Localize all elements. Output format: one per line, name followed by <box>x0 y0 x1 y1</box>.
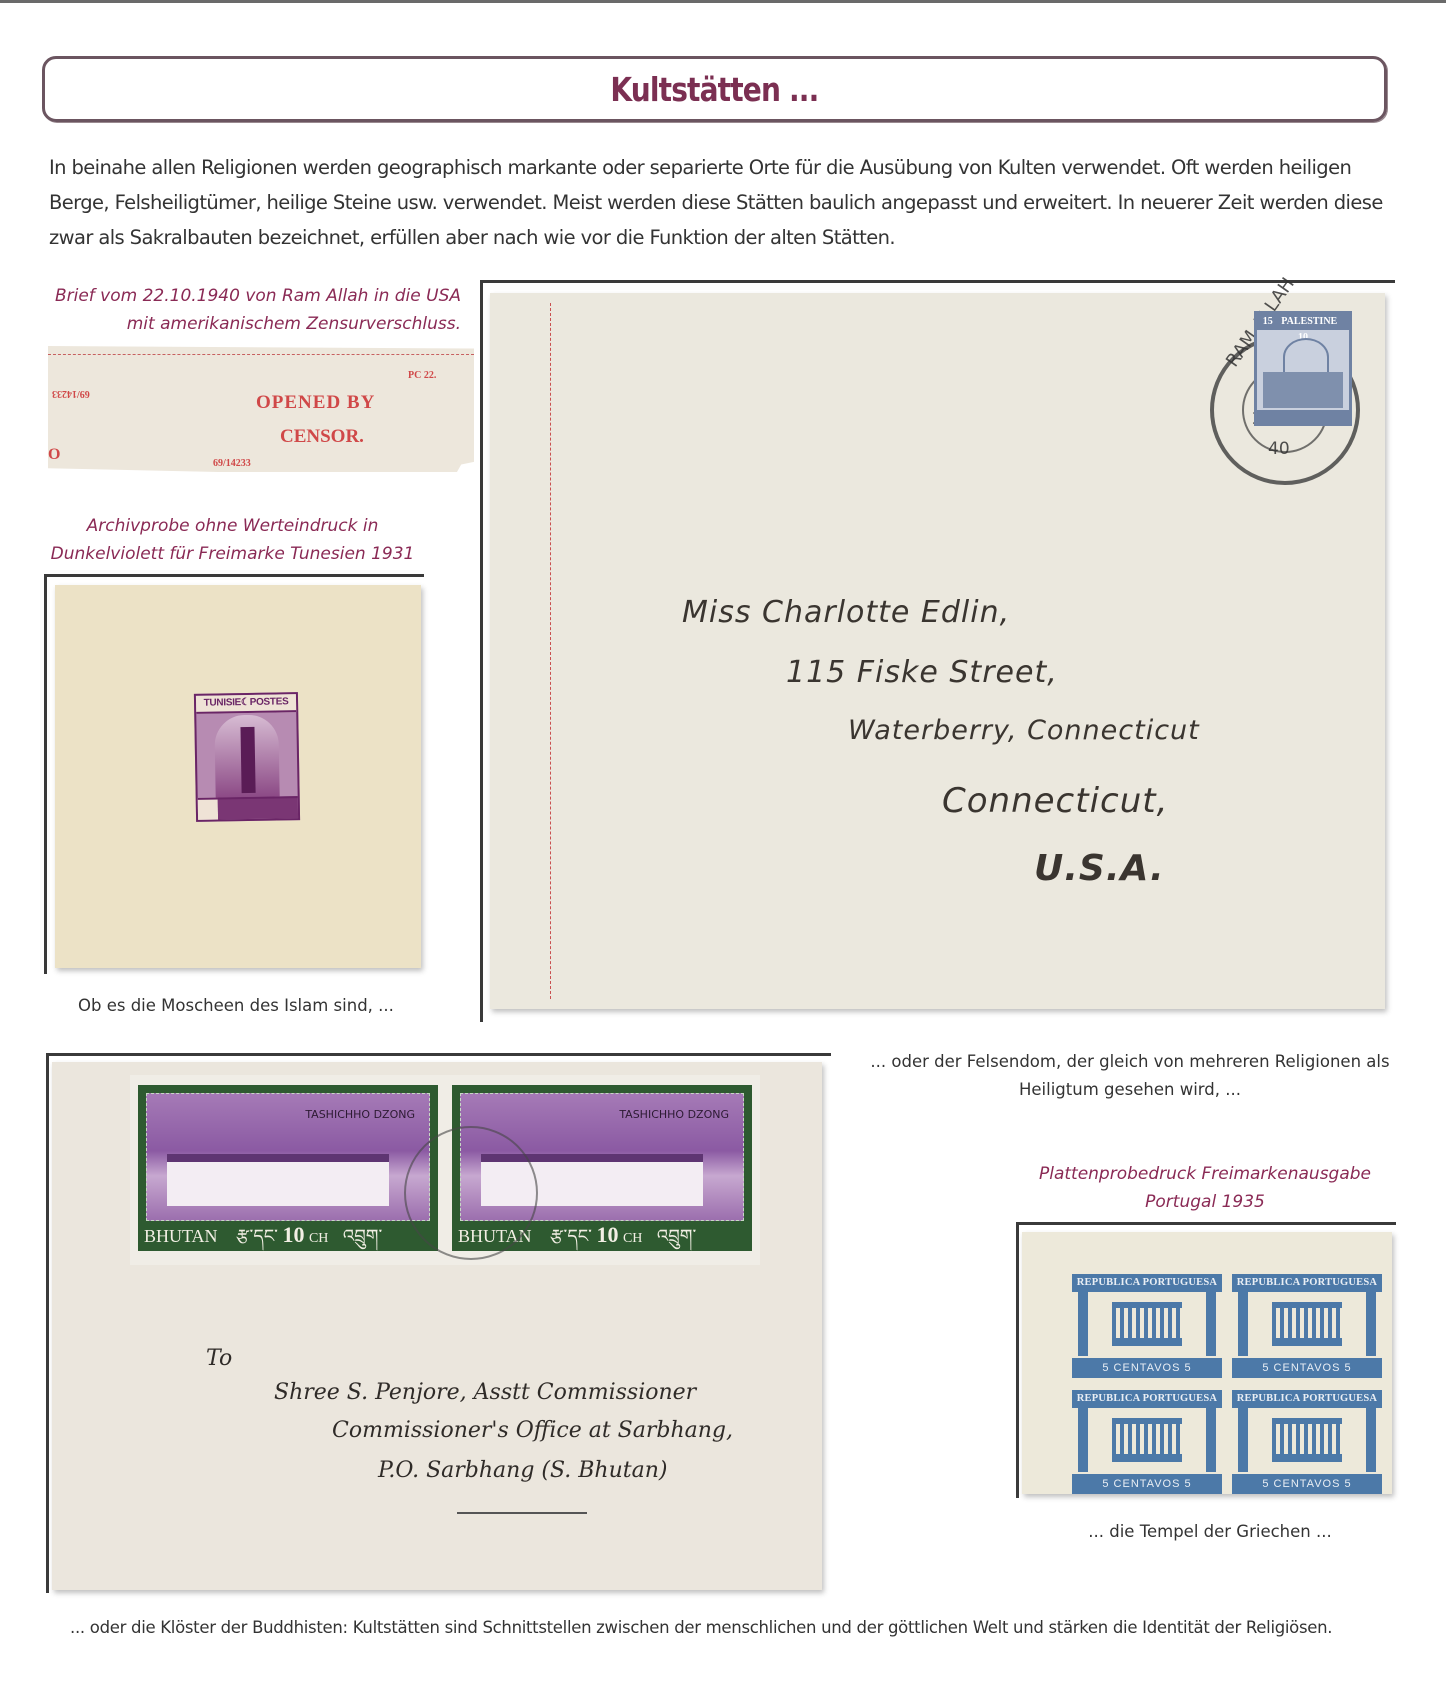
tunisia-archive-proof: TUNISIE☾POSTES <box>55 585 421 968</box>
temple-icon <box>1112 1302 1182 1346</box>
tunisia-caption-line1: Archivprobe ohne Werteindruck in <box>40 512 425 540</box>
column-icon <box>1078 1408 1088 1472</box>
temple-icon <box>1272 1418 1342 1462</box>
stamp-value: 10 <box>596 1222 618 1247</box>
stamp-script-left: རྩ་དང་ <box>550 1226 592 1246</box>
portugal-caption: Plattenprobedruck Freimarkenausgabe Port… <box>1000 1160 1410 1216</box>
stamp-script-right: འབྲུག་ <box>343 1226 382 1246</box>
stamp-script-left: རྩ་དང་ <box>236 1226 278 1246</box>
blank-value-tablet <box>198 797 220 819</box>
dzong-icon <box>167 1154 389 1206</box>
palestine-cover: RAM ALLAH 2 40 15 PALESTINE 10 Miss Char… <box>490 293 1385 1009</box>
page-title: Kultstätten ... <box>610 70 818 109</box>
stamp-unit: CH <box>623 1231 642 1246</box>
stamp-footer: 5 CENTAVOS 5 <box>1072 1474 1222 1494</box>
tunisia-caption: Archivprobe ohne Werteindruck in Dunkelv… <box>40 512 425 568</box>
column-icon <box>1366 1408 1376 1472</box>
palestine-caption-line1: Brief vom 22.10.1940 von Ram Allah in di… <box>21 282 461 310</box>
column-icon <box>1206 1408 1216 1472</box>
stamp-header: REPUBLICA PORTUGUESA <box>1232 1274 1382 1292</box>
bhutan-address-line-1: Shree S. Penjore, Asstt Commissioner <box>274 1380 696 1405</box>
stamp-name: TASHICHHO DZONG <box>619 1108 729 1121</box>
stamp-footer: 5 CENTAVOS 5 <box>1232 1474 1382 1494</box>
censor-serial: 69/14233 <box>213 458 251 469</box>
portugal-stamp-3: REPUBLICA PORTUGUESA 5 CENTAVOS 5 <box>1072 1390 1222 1494</box>
bhutan-stamp-1: TASHICHHO DZONG BHUTAN རྩ་དང་ 10 CH འབྲུ… <box>138 1085 438 1251</box>
column-icon <box>1078 1292 1088 1356</box>
stamp-footer: 5 CENTAVOS 5 <box>1072 1358 1222 1378</box>
palestine-description-line1: ... oder der Felsendom, der gleich von m… <box>850 1048 1410 1076</box>
portugal-stamp-1: REPUBLICA PORTUGUESA 5 CENTAVOS 5 <box>1072 1274 1222 1378</box>
portugal-caption-line1: Plattenprobedruck Freimarkenausgabe <box>1000 1160 1410 1188</box>
palestine-frame-left <box>480 280 483 1022</box>
portugal-description: ... die Tempel der Griechen ... <box>1010 1518 1410 1546</box>
stamp-header: REPUBLICA PORTUGUESA <box>1072 1274 1222 1292</box>
portugal-stamp-2: REPUBLICA PORTUGUESA 5 CENTAVOS 5 <box>1232 1274 1382 1378</box>
column-icon <box>1238 1408 1248 1472</box>
censor-strip: PC 22. 69/14233 OPENED BY CENSOR. O 69/1… <box>48 346 474 472</box>
cover-margin-line <box>550 303 551 999</box>
censor-line1: OPENED BY <box>256 392 375 414</box>
censor-serial-mirrored: 69/14233 <box>52 388 90 399</box>
palestine-frame-top <box>480 280 1385 283</box>
temple-icon <box>1272 1302 1342 1346</box>
dome-of-the-rock-icon <box>1283 338 1329 376</box>
perforation-line <box>48 354 474 355</box>
stamp-unit: CH <box>309 1231 328 1246</box>
tunisia-stamp: TUNISIE☾POSTES <box>194 692 300 822</box>
bhutan-frame-left <box>46 1053 49 1593</box>
stamp-header: REPUBLICA PORTUGUESA <box>1232 1390 1382 1408</box>
tunisia-stamp-footer <box>218 796 298 819</box>
address-line-5: U.S.A. <box>1034 848 1165 889</box>
palestine-description: ... oder der Felsendom, der gleich von m… <box>850 1048 1410 1104</box>
stamp-value-left: 15 <box>1263 316 1273 327</box>
stamp-country: BHUTAN <box>144 1226 218 1246</box>
stamp-country: PALESTINE <box>1281 316 1337 327</box>
address-line-3: Waterberry, Connecticut <box>848 715 1200 746</box>
temple-icon <box>1112 1418 1182 1462</box>
censor-line2: CENSOR. <box>280 426 364 448</box>
column-icon <box>1206 1292 1216 1356</box>
intro-paragraph: In beinahe allen Religionen werden geogr… <box>49 150 1399 255</box>
censor-code: PC 22. <box>408 370 436 381</box>
stamp-header: REPUBLICA PORTUGUESA <box>1072 1390 1222 1408</box>
censor-mark: O <box>48 446 60 464</box>
tunisia-stamp-header: TUNISIE☾POSTES <box>196 694 296 714</box>
bhutan-address-line-2: Commissioner's Office at Sarbhang, <box>332 1418 733 1443</box>
portugal-caption-line2: Portugal 1935 <box>1000 1188 1410 1216</box>
tunisia-description: Ob es die Moscheen des Islam sind, ... <box>78 992 394 1020</box>
column-icon <box>1238 1292 1248 1356</box>
address-prefix: To <box>206 1346 232 1371</box>
page-top-border <box>0 0 1446 3</box>
bhutan-description: ... oder die Klöster der Buddhisten: Kul… <box>70 1614 1410 1642</box>
underline-stroke <box>457 1512 587 1514</box>
address-line-2: 115 Fiske Street, <box>786 655 1058 690</box>
palestine-stamp: 15 PALESTINE 10 <box>1254 311 1352 426</box>
stamp-name: TASHICHHO DZONG <box>305 1108 415 1121</box>
address-line-1: Miss Charlotte Edlin, <box>682 595 1010 630</box>
stamp-script-right: འབྲུག་ <box>657 1226 696 1246</box>
stamp-footer: 5 CENTAVOS 5 <box>1232 1358 1382 1378</box>
title-frame: Kultstätten ... <box>42 56 1387 122</box>
bhutan-postmark <box>404 1126 538 1260</box>
palestine-description-line2: Heiligtum gesehen wird, ... <box>850 1076 1410 1104</box>
minaret-icon <box>240 727 255 793</box>
stamp-value: 10 <box>282 1222 304 1247</box>
portugal-stamp-4: REPUBLICA PORTUGUESA 5 CENTAVOS 5 <box>1232 1390 1382 1494</box>
bhutan-address-line-3: P.O. Sarbhang (S. Bhutan) <box>378 1458 667 1483</box>
address-line-4: Connecticut, <box>942 781 1168 821</box>
postmark-year: 40 <box>1268 439 1290 459</box>
tunisia-caption-line2: Dunkelviolett für Freimarke Tunesien 193… <box>40 540 425 568</box>
bhutan-cover: TASHICHHO DZONG BHUTAN རྩ་དང་ 10 CH འབྲུ… <box>52 1062 822 1590</box>
column-icon <box>1366 1292 1376 1356</box>
palestine-caption-line2: mit amerikanischem Zensurverschluss. <box>21 310 461 338</box>
palestine-caption: Brief vom 22.10.1940 von Ram Allah in di… <box>21 282 461 338</box>
portugal-plate-proof-block: REPUBLICA PORTUGUESA 5 CENTAVOS 5 REPUBL… <box>1022 1232 1392 1494</box>
bhutan-frame-top <box>46 1053 831 1056</box>
